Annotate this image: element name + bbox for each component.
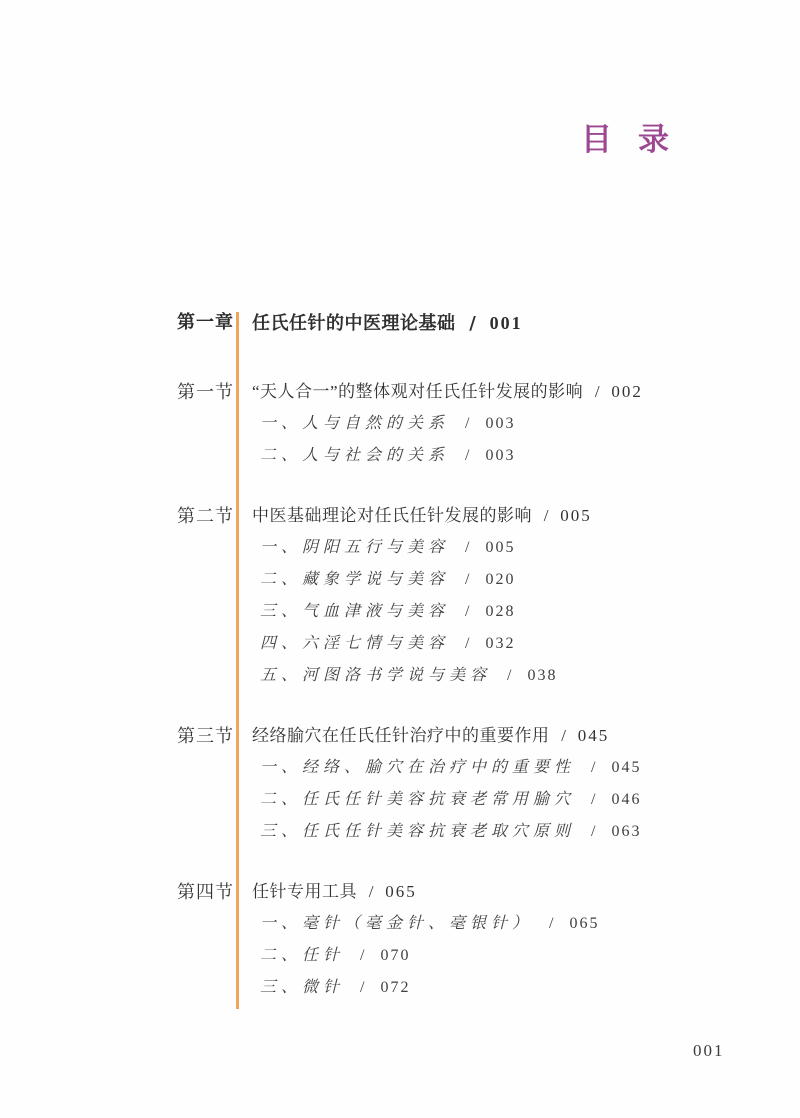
toc-subentry-page: 032 [485,635,515,652]
separator-slash: / [465,415,469,432]
toc-section-title: 中医基础理论对任氏任针发展的影响 [252,506,532,525]
toc-section-label: 第二节 [177,500,236,532]
page-title-char-1: 目 [581,121,612,159]
toc-subentry-page: 005 [485,539,515,556]
toc-page: 目 录 第一章 任氏任针的中医理论基础 / 001 第一节 “天人合一”的整体观… [0,0,800,1118]
toc-section-block-2: 第二节 中医基础理论对任氏任针发展的影响 / 005 一、阴阳五行与美容 / 0… [177,500,767,692]
toc-section-entry: 中医基础理论对任氏任针发展的影响 / 005 [252,500,592,532]
toc-subentry-title: 二、任氏任针美容抗衰老常用腧穴 [260,791,575,808]
toc-section-content: 中医基础理论对任氏任针发展的影响 / 005 一、阴阳五行与美容 / 005 二… [236,500,592,692]
toc-subentry-page: 003 [485,447,515,464]
toc-section-title: 经络腧穴在任氏任针治疗中的重要作用 [252,726,550,745]
toc-section-content: 经络腧穴在任氏任针治疗中的重要作用 / 045 一、经络、腧穴在治疗中的重要性 … [236,720,641,848]
toc-subentry-page: 020 [485,571,515,588]
toc-subentry: 四、六淫七情与美容 / 032 [260,628,592,660]
toc-subentry-page: 028 [485,603,515,620]
toc-section-label: 第四节 [177,876,236,908]
page-title-char-2: 录 [638,121,669,159]
toc-section-block-1: 第一节 “天人合一”的整体观对任氏任针发展的影响 / 002 一、人与自然的关系… [177,376,767,472]
toc-subentry-title: 四、六淫七情与美容 [260,635,449,652]
toc-subentry: 一、经络、腧穴在治疗中的重要性 / 045 [260,752,641,784]
toc-subentry-page: 003 [485,415,515,432]
toc-section-label: 第一节 [177,376,236,408]
toc-subentry-page: 070 [380,947,410,964]
toc-body: 第一章 任氏任针的中医理论基础 / 001 第一节 “天人合一”的整体观对任氏任… [177,307,767,1032]
toc-subentry: 三、微针 / 072 [260,972,599,1004]
separator-slash: / [360,979,364,996]
page-title: 目 录 [581,121,669,159]
toc-subentry: 一、阴阳五行与美容 / 005 [260,532,592,564]
toc-subentry-title: 三、气血津液与美容 [260,603,449,620]
toc-section-entry: 经络腧穴在任氏任针治疗中的重要作用 / 045 [252,720,641,752]
separator-slash: / [591,791,595,808]
separator-slash: / [465,603,469,620]
toc-subentry-page: 065 [569,915,599,932]
toc-chapter-block: 第一章 任氏任针的中医理论基础 / 001 [177,307,767,340]
separator-slash: / [591,823,595,840]
toc-subentry-title: 五、河图洛书学说与美容 [260,667,491,684]
toc-section-block-3: 第三节 经络腧穴在任氏任针治疗中的重要作用 / 045 一、经络、腧穴在治疗中的… [177,720,767,848]
separator-slash: / [549,915,553,932]
toc-section-page: 065 [385,882,417,901]
toc-section-content: 任针专用工具 / 065 一、毫针（毫金针、毫银针） / 065 二、任针 / … [236,876,599,1004]
toc-subentry: 二、任针 / 070 [260,940,599,972]
separator-slash: / [465,571,469,588]
separator-slash: / [465,539,469,556]
accent-vertical-rule [236,312,239,1009]
toc-section-page: 005 [560,506,592,525]
toc-chapter-title: 任氏任针的中医理论基础 [252,313,456,334]
toc-section-block-4: 第四节 任针专用工具 / 065 一、毫针（毫金针、毫银针） / 065 二、任… [177,876,767,1004]
toc-section-entry: 任针专用工具 / 065 [252,876,599,908]
toc-subentry: 二、藏象学说与美容 / 020 [260,564,592,596]
toc-subentry-title: 一、毫针（毫金针、毫银针） [260,915,533,932]
separator-slash: / [507,667,511,684]
separator-slash: / [544,506,549,525]
toc-subentry-title: 一、人与自然的关系 [260,415,449,432]
separator-slash: / [469,313,476,334]
toc-chapter-content: 任氏任针的中医理论基础 / 001 [236,307,523,340]
separator-slash: / [465,447,469,464]
toc-subentry-title: 一、阴阳五行与美容 [260,539,449,556]
separator-slash: / [595,382,600,401]
toc-subentry-page: 046 [611,791,641,808]
toc-section-page: 002 [611,382,643,401]
toc-subentry-page: 063 [611,823,641,840]
toc-chapter-page: 001 [490,313,523,333]
toc-subentry-title: 一、经络、腧穴在治疗中的重要性 [260,759,575,776]
page-number: 001 [693,1041,725,1061]
separator-slash: / [561,726,566,745]
separator-slash: / [369,882,374,901]
toc-section-page: 045 [578,726,610,745]
toc-subentry: 一、毫针（毫金针、毫银针） / 065 [260,908,599,940]
toc-chapter-entry: 任氏任针的中医理论基础 / 001 [252,307,523,340]
toc-subentry: 三、气血津液与美容 / 028 [260,596,592,628]
toc-subentry: 一、人与自然的关系 / 003 [260,408,643,440]
toc-section-content: “天人合一”的整体观对任氏任针发展的影响 / 002 一、人与自然的关系 / 0… [236,376,643,472]
separator-slash: / [465,635,469,652]
toc-subentry: 二、人与社会的关系 / 003 [260,440,643,472]
toc-subentry-title: 三、微针 [260,979,344,996]
separator-slash: / [360,947,364,964]
toc-subentry-title: 二、藏象学说与美容 [260,571,449,588]
separator-slash: / [591,759,595,776]
toc-subentry-page: 038 [527,667,557,684]
toc-subentry-title: 三、任氏任针美容抗衰老取穴原则 [260,823,575,840]
toc-section-title: “天人合一”的整体观对任氏任针发展的影响 [252,382,583,401]
toc-chapter-label: 第一章 [177,307,236,339]
toc-section-title: 任针专用工具 [252,882,357,901]
toc-subentry: 二、任氏任针美容抗衰老常用腧穴 / 046 [260,784,641,816]
toc-subentry-title: 二、人与社会的关系 [260,447,449,464]
toc-subentry-page: 072 [380,979,410,996]
toc-subentry: 五、河图洛书学说与美容 / 038 [260,660,592,692]
toc-subentry-page: 045 [611,759,641,776]
toc-section-label: 第三节 [177,720,236,752]
toc-section-entry: “天人合一”的整体观对任氏任针发展的影响 / 002 [252,376,643,408]
toc-subentry: 三、任氏任针美容抗衰老取穴原则 / 063 [260,816,641,848]
toc-subentry-title: 二、任针 [260,947,344,964]
